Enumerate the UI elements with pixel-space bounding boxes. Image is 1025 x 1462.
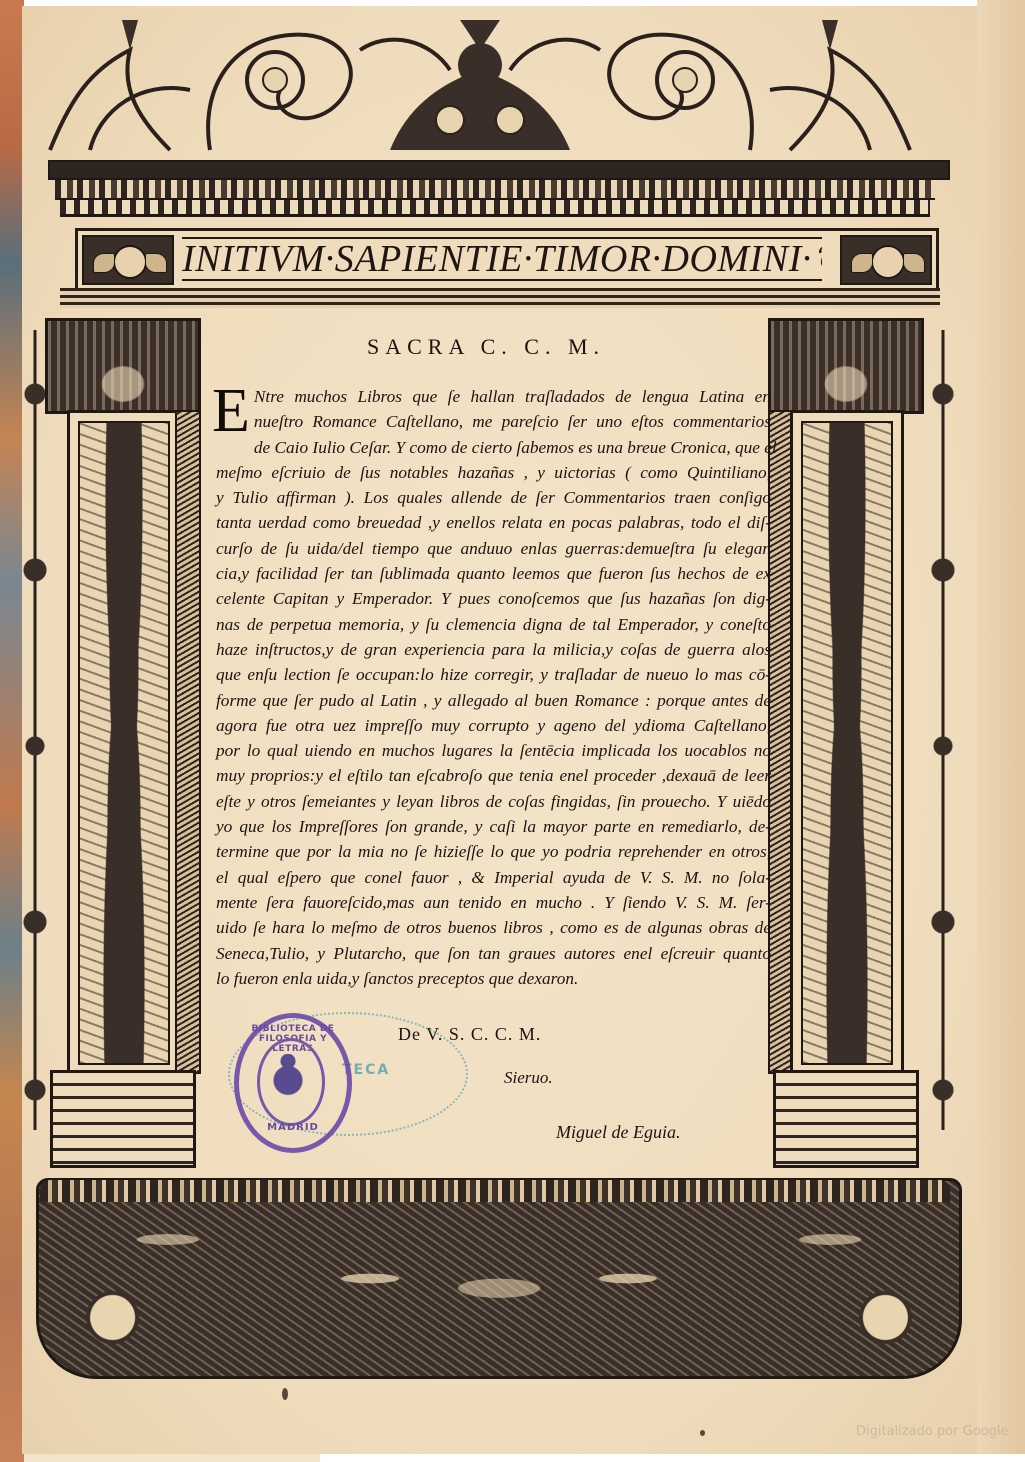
text-line: muy proprios:y el eſtilo tan eſcabroſo q…: [216, 763, 771, 788]
cherub-left-icon: [82, 235, 174, 285]
text-line: uido ſe hara lo meſmo de otros buenos li…: [216, 915, 771, 940]
text-line: y Tulio affirman ). Los quales allende d…: [216, 485, 771, 510]
watermark-text: Digitalizado por Google: [856, 1424, 1008, 1439]
page-heading: SACRA C. C. M.: [206, 334, 766, 360]
page-right-margin: [977, 0, 1025, 1462]
dentil-molding: [60, 200, 930, 217]
motto-frieze: INITIVM·SAPIENTIE·TIMOR·DOMINI·❦: [75, 228, 939, 292]
text-line: forme que ſer pudo al Latin , y allegado…: [216, 688, 771, 713]
text-line: que enſu lection ſe occupan:lo hize corr…: [216, 662, 771, 687]
text-line: termine que por la mia no ſe hizieſſe lo…: [216, 839, 771, 864]
pillar-left-icon: [45, 318, 200, 1168]
text-line: mente ſera fauoreſcido,mas aun tenido en…: [216, 890, 771, 915]
library-stamp-purple: BIBLIOTECA DE FILOSOFIA Y LETRAS MADRID: [234, 1013, 352, 1153]
text-line: Seneca,Tulio, y Plutarcho, que ſon tan g…: [216, 941, 771, 966]
cornucopia-frieze-icon: [36, 1178, 962, 1379]
text-line: agora fue otra uez impreſſo muy corrupto…: [216, 713, 771, 738]
cornice-band: [48, 160, 950, 180]
text-line: por lo qual uiendo en muchos lugares la …: [216, 738, 771, 763]
text-line: haze inſtructos,y de gran experiencia pa…: [216, 637, 771, 662]
text-line: tanta uerdad como breuedad ,y enellos re…: [216, 510, 771, 535]
stamp-ring-bottom-text: MADRID: [249, 1122, 337, 1133]
architrave-band: [60, 288, 940, 308]
closing-servant: Sieruo.: [504, 1068, 553, 1088]
text-line: curſo de ſu uida/del tiempo que anduuo e…: [216, 536, 771, 561]
dedication-body: E Ntre muchos Libros que ſe hallan traſl…: [216, 384, 771, 991]
ink-speck: [282, 1388, 288, 1400]
scan-bottom-edge: [320, 1454, 1025, 1462]
text-line: nas de perpetua memoria, y ſu clemencia …: [216, 612, 771, 637]
text-line: eſte y otros ſemeiantes y leyan libros d…: [216, 789, 771, 814]
text-line: de Caio Iulio Ceſar. Y como de cierto ſa…: [216, 435, 771, 460]
motto-text: INITIVM·SAPIENTIE·TIMOR·DOMINI·❦: [182, 237, 822, 281]
hanging-garland-right-icon: [930, 330, 956, 1130]
egg-and-dart-molding: [55, 178, 935, 200]
text-line: meſmo eſcriuio de ſus notables hazañas ,…: [216, 460, 771, 485]
text-line: cia,y facilidad ſer tan ſublimada quanto…: [216, 561, 771, 586]
cherub-right-icon: [840, 235, 932, 285]
frieze-top-molding: [40, 1180, 950, 1202]
woodcut-crest-icon: [30, 10, 930, 160]
text-line: lo fueron enla uida,y ſanctos preceptos …: [216, 966, 771, 991]
book-spine-edge: [0, 0, 24, 1462]
pillar-right-icon: [768, 318, 923, 1168]
text-line: el qual eſpero que conel fauor , & Imper…: [216, 865, 771, 890]
coat-of-arms-icon: [271, 1054, 305, 1102]
text-line: Ntre muchos Libros que ſe hallan traſlad…: [216, 384, 771, 409]
text-line: celente Capitan y Emperador. Y pues cono…: [216, 586, 771, 611]
text-line: nueſtro Romance Caſtellano, me pareſcio …: [216, 409, 771, 434]
signature: Miguel de Eguia.: [556, 1122, 680, 1143]
drop-cap: E: [212, 386, 250, 436]
ink-speck: [700, 1430, 705, 1436]
text-line: yo que los Impreſſores ſon grande, y caſ…: [216, 814, 771, 839]
